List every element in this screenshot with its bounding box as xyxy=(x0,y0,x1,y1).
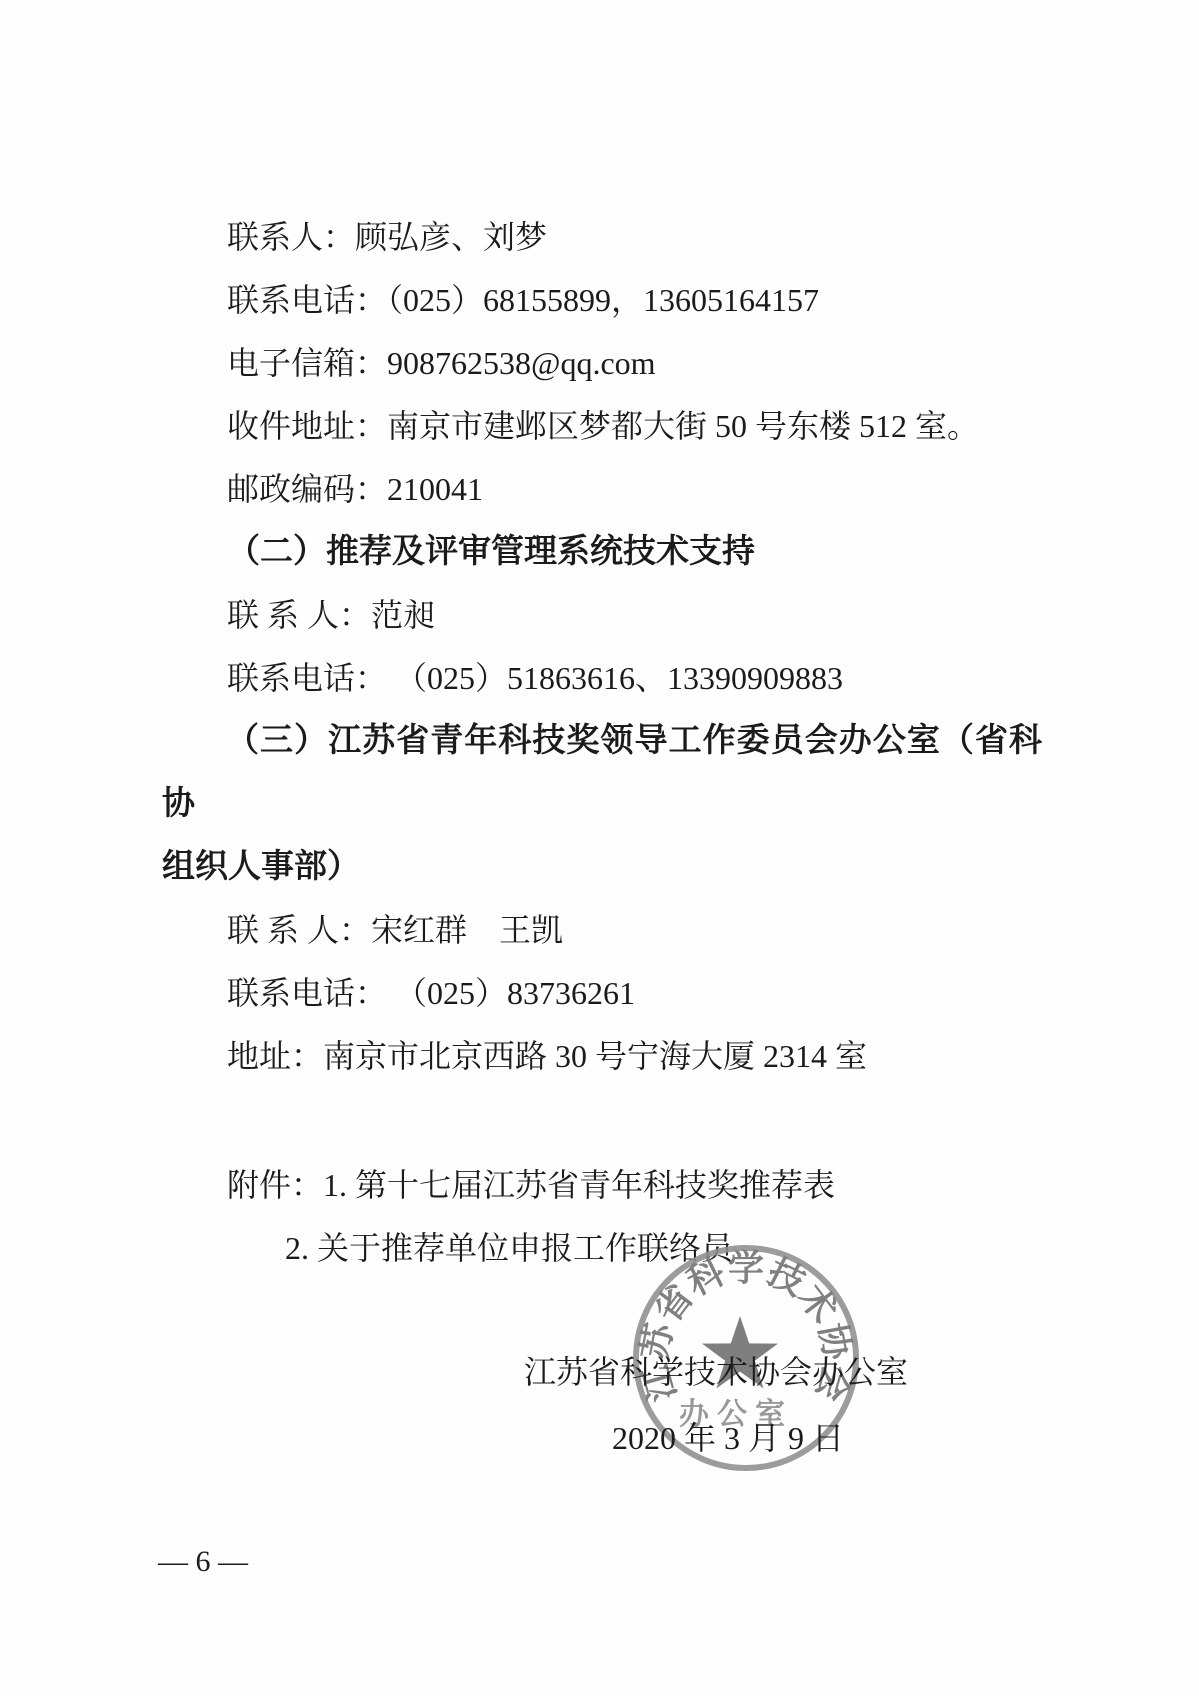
section-3-heading-cont: 组织人事部） xyxy=(162,836,1042,899)
address-line: 地址：南京市北京西路 30 号宁海大厦 2314 室 xyxy=(162,1025,1042,1088)
contact-person-line-2: 联 系 人：范昶 xyxy=(162,584,1042,647)
signature-organization: 江苏省科学技术协会办公室 xyxy=(524,1352,908,1392)
contact-phone-line-2: 联系电话： （025）51863616、13390909883 xyxy=(162,647,1042,710)
attachments-line-1: 附件：1. 第十七届江苏省青年科技奖推荐表 xyxy=(162,1154,1042,1217)
section-2-heading: （二）推荐及评审管理系统技术支持 xyxy=(162,521,1042,584)
attachments-line-2: 2. 关于推荐单位申报工作联络员 xyxy=(162,1217,1042,1280)
section-3-heading: （三）江苏省青年科技奖领导工作委员会办公室（省科协 xyxy=(162,710,1042,836)
contact-person-line-3: 联 系 人：宋红群 王凯 xyxy=(162,899,1042,962)
postal-code-line: 邮政编码：210041 xyxy=(162,458,1042,521)
signature-date: 2020 年 3 月 9 日 xyxy=(612,1418,844,1458)
mailing-address-line: 收件地址：南京市建邺区梦都大街 50 号东楼 512 室。 xyxy=(162,395,1042,458)
page-number: — 6 — xyxy=(158,1544,248,1580)
contact-phone-line: 联系电话：（025）68155899，13605164157 xyxy=(162,269,1042,332)
email-line: 电子信箱：908762538@qq.com xyxy=(162,332,1042,395)
document-page: 联系人：顾弘彦、刘梦 联系电话：（025）68155899，1360516415… xyxy=(0,0,1199,1696)
body-text-block: 联系人：顾弘彦、刘梦 联系电话：（025）68155899，1360516415… xyxy=(162,206,1042,1280)
contact-phone-line-3: 联系电话： （025）83736261 xyxy=(162,962,1042,1025)
contact-person-line: 联系人：顾弘彦、刘梦 xyxy=(162,206,1042,269)
